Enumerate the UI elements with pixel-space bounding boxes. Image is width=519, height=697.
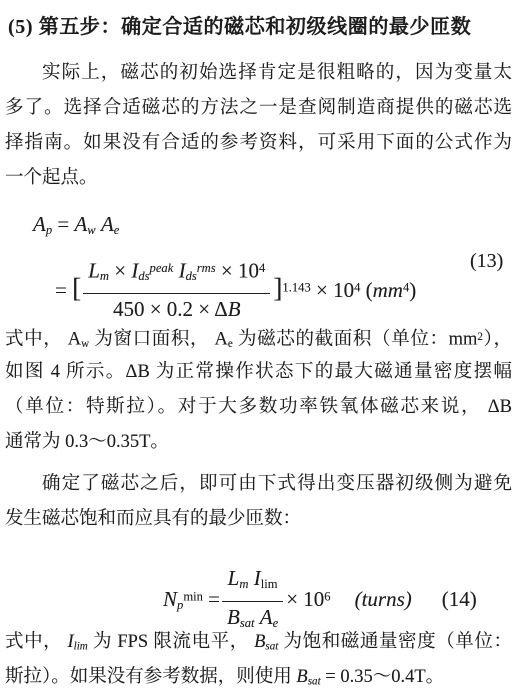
text-line: 斯拉）。如果没有参考数据，则使用 Bsat = 0.35～0.4T。 (5, 660, 512, 695)
equation-14-units: (turns) (355, 587, 412, 612)
equation-13-lhs: Ap = Aw Ae (33, 212, 119, 238)
text-line: 式中， Aw 为窗口面积， Ae 为磁芯的截面积（单位：mm2）， (5, 320, 512, 355)
paragraph-turns-intro: 确定了磁芯之后，即可由下式得出变压器初级侧为避免 发生磁芯饱和而应具有的最少匝数… (5, 467, 512, 537)
numerator: Lm Ilim (222, 562, 283, 602)
text-line: 多了。选择合适磁芯的方法之一是查阅制造商提供的磁芯选 (5, 91, 512, 126)
text-line: 择指南。如果没有合适的参考资料，可采用下面的公式作为 (5, 126, 512, 161)
fraction: Lm × Idspeak Idsrms × 104 450 × 0.2 × ΔB (83, 252, 270, 324)
paragraph-eq14-notes: 式中， Ilim 为 FPS 限流电平， Bsat 为饱和磁通量密度（单位：特 … (5, 625, 512, 695)
equation-13-body: = [ Lm × Idspeak Idsrms × 104 450 × 0.2 … (55, 252, 416, 324)
equation-13-number: (13) (470, 250, 503, 273)
section-heading: (5) 第五步：确定合适的磁芯和初级线圈的最少匝数 (8, 10, 471, 39)
equation-14-lhs: Npmin = (163, 587, 220, 613)
paragraph-intro: 实际上，磁芯的初始选择肯定是很粗略的，因为变量太 多了。选择合适磁芯的方法之一是… (5, 56, 512, 196)
text-line: 式中， Ilim 为 FPS 限流电平， Bsat 为饱和磁通量密度（单位：特 (5, 625, 512, 660)
text-line: 如图 4 所示。ΔB 为正常操作状态下的最大磁通量密度摆幅 (5, 355, 512, 390)
text-line: 一个起点。 (5, 161, 512, 196)
text-line: 确定了磁芯之后，即可由下式得出变压器初级侧为避免 (5, 467, 512, 502)
equation-14-factor: × 106 (286, 587, 330, 612)
text-line: 发生磁芯饱和而应具有的最少匝数： (5, 502, 512, 537)
equation-13-close: ]1.143 × 104 (mm4) (273, 273, 416, 304)
equation-13-open: = [ (55, 273, 81, 304)
text-line: 实际上，磁芯的初始选择肯定是很粗略的，因为变量太 (5, 56, 512, 91)
text-line: （单位：特斯拉）。对于大多数功率铁氧体磁芯来说， ΔB (5, 390, 512, 425)
document-page: (5) 第五步：确定合适的磁芯和初级线圈的最少匝数 实际上，磁芯的初始选择肯定是… (0, 0, 519, 697)
text-line: 通常为 0.3～0.35T。 (5, 425, 512, 460)
paragraph-eq13-notes: 式中， Aw 为窗口面积， Ae 为磁芯的截面积（单位：mm2）， 如图 4 所… (5, 320, 512, 460)
numerator: Lm × Idspeak Idsrms × 104 (83, 252, 270, 294)
equation-14-number: (14) (442, 587, 477, 612)
